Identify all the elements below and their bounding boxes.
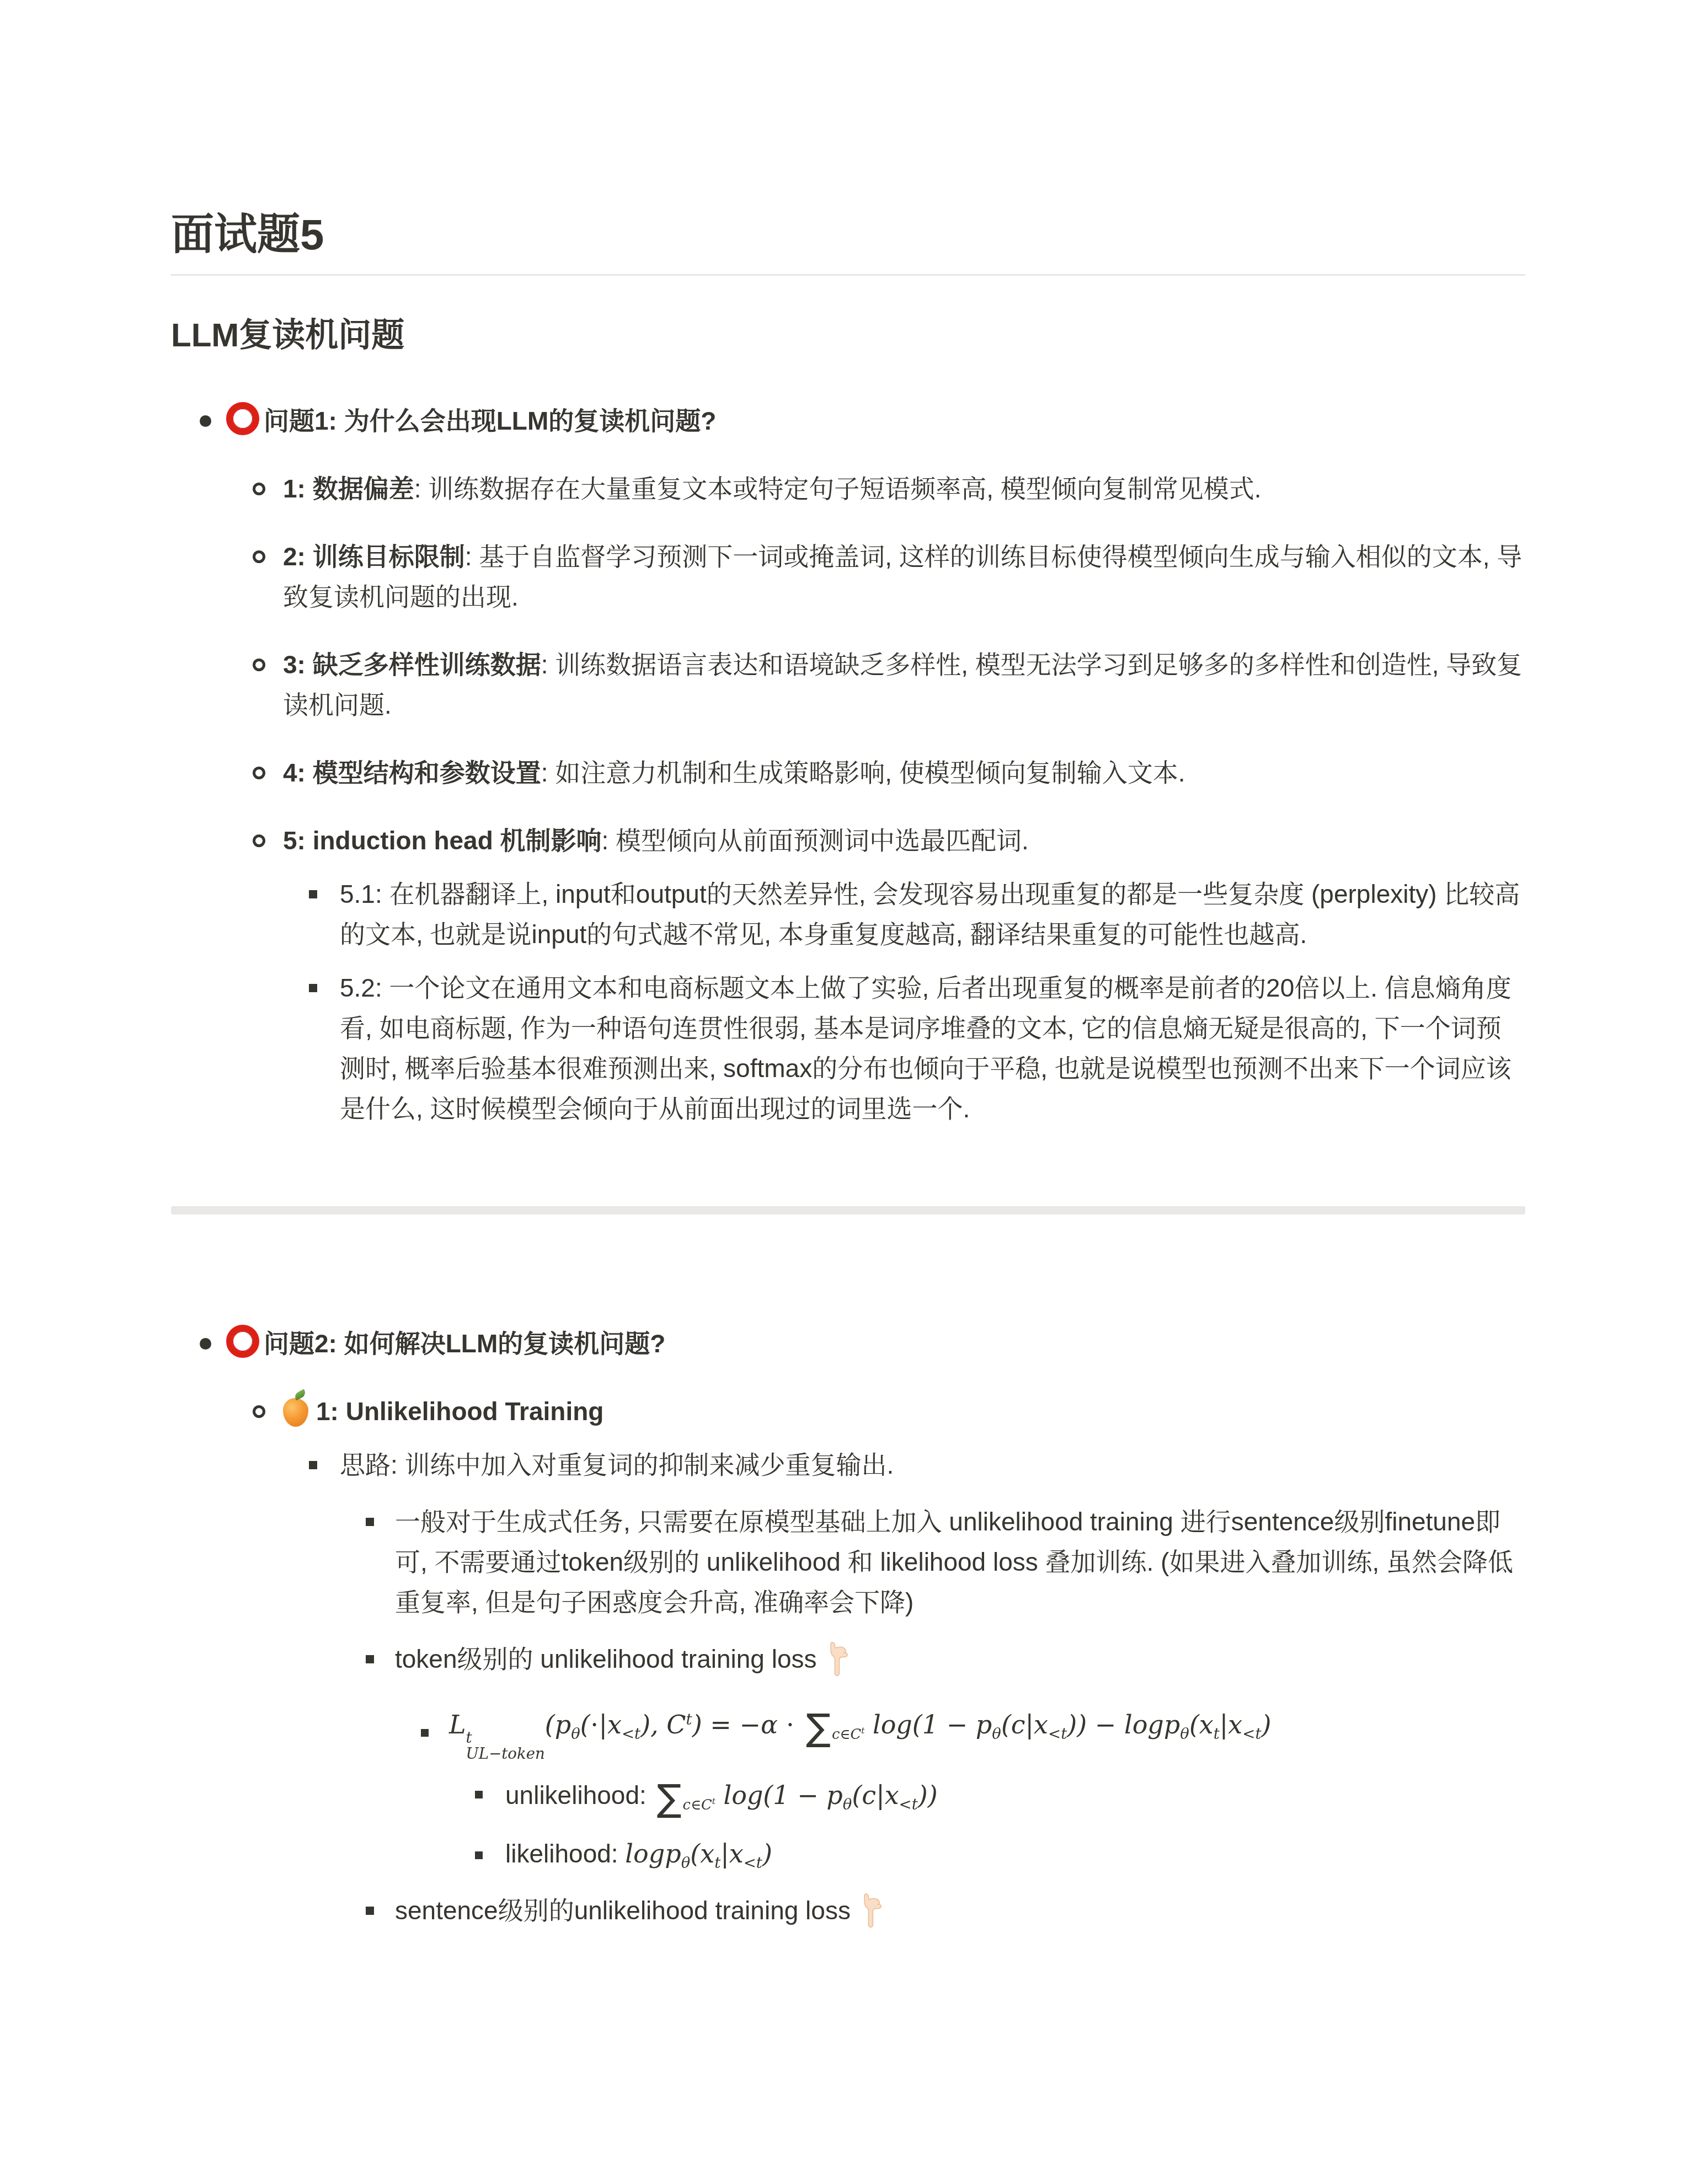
item-text: : 基于自监督学习预测下一词或掩盖词, 这样的训练目标使得模型倾向生成与输入相似… [283, 542, 1522, 611]
question1-list: 问题1: 为什么会出现LLM的复读机问题? 1: 数据偏差: 训练数据存在大量重… [171, 401, 1525, 1129]
list-item: 一般对于生成式任务, 只需要在原模型基础上加入 unlikelihood tra… [340, 1502, 1525, 1623]
formula-item: LtUL−token(pθ(⋅|x<t), Ct) = −α ⋅ ∑c∈Ct l… [395, 1703, 1525, 1874]
unlikelihood-item: unlikelihood: ∑c∈Ct log(1 − pθ(c|x<t)) [449, 1773, 1525, 1823]
unlikelihood-formula: ∑c∈Ct log(1 − pθ(c|x<t)) [654, 1773, 938, 1823]
page-content: 面试题5 LLM复读机问题 问题1: 为什么会出现LLM的复读机问题? 1: 数… [171, 208, 1525, 1940]
idea-sublist: 一般对于生成式任务, 只需要在原模型基础上加入 unlikelihood tra… [340, 1502, 1525, 1940]
method1-sublist: 思路: 训练中加入对重复词的抑制来减少重复输出. 一般对于生成式任务, 只需要在… [283, 1445, 1525, 1940]
item-text: sentence级别的unlikelihood training loss [395, 1896, 851, 1925]
item-text: : 如注意力机制和生成策略影响, 使模型倾向复制输入文本. [541, 758, 1185, 787]
list-item: 3: 缺乏多样性训练数据: 训练数据语言表达和语境缺乏多样性, 模型无法学习到足… [226, 645, 1525, 725]
item-bold-label: 5: induction head 机制影响 [283, 826, 602, 855]
question2-list: 问题2: 如何解决LLM的复读机问题? 1: Unlikelihood Trai… [171, 1324, 1525, 1940]
item-text: token级别的 unlikelihood training loss [395, 1645, 817, 1673]
section-title: LLM复读机问题 [171, 314, 1525, 356]
question2-item: 问题2: 如何解决LLM的复读机问题? 1: Unlikelihood Trai… [171, 1324, 1525, 1940]
method1-title: 1: Unlikelihood Training [316, 1397, 603, 1426]
document-page: 面试题5 LLM复读机问题 问题1: 为什么会出现LLM的复读机问题? 1: 数… [0, 0, 1688, 2184]
list-item: 1: 数据偏差: 训练数据存在大量重复文本或特定句子短语频率高, 模型倾向复制常… [226, 469, 1525, 509]
item-text: likelihood: [505, 1839, 625, 1868]
item5-sublist: 5.1: 在机器翻译上, input和output的天然差异性, 会发现容易出现… [283, 874, 1525, 1129]
item-bold-label: 2: 训练目标限制 [283, 542, 465, 571]
list-item: 2: 训练目标限制: 基于自监督学习预测下一词或掩盖词, 这样的训练目标使得模型… [226, 537, 1525, 617]
list-item: 4: 模型结构和参数设置: 如注意力机制和生成策略影响, 使模型倾向复制输入文本… [226, 753, 1525, 793]
likelihood-item: likelihood: logpθ(xt|x<t) [449, 1834, 1525, 1874]
question2-answers: 1: Unlikelihood Training 思路: 训练中加入对重复词的抑… [226, 1391, 1525, 1940]
item-text: 5.2: 一个论文在通用文本和电商标题文本上做了实验, 后者出现重复的概率是前者… [340, 973, 1511, 1123]
method1-item: 1: Unlikelihood Training 思路: 训练中加入对重复词的抑… [226, 1391, 1525, 1940]
item-text: : 训练数据存在大量重复文本或特定句子短语频率高, 模型倾向复制常见模式. [414, 474, 1262, 503]
item-bold-label: 4: 模型结构和参数设置 [283, 758, 541, 787]
item-text: 5.1: 在机器翻译上, input和output的天然差异性, 会发现容易出现… [340, 880, 1520, 949]
item-text: unlikelihood: [505, 1781, 654, 1810]
idea-item: 思路: 训练中加入对重复词的抑制来减少重复输出. 一般对于生成式任务, 只需要在… [283, 1445, 1525, 1940]
token-loss-sublist: LtUL−token(pθ(⋅|x<t), Ct) = −α ⋅ ∑c∈Ct l… [395, 1703, 1525, 1874]
list-item: 5.2: 一个论文在通用文本和电商标题文本上做了实验, 后者出现重复的概率是前者… [283, 968, 1525, 1129]
sentence-loss-item: sentence级别的unlikelihood training loss [340, 1891, 1525, 1940]
item-text: 一般对于生成式任务, 只需要在原模型基础上加入 unlikelihood tra… [395, 1507, 1513, 1616]
item-bold-label: 3: 缺乏多样性训练数据 [283, 650, 541, 679]
pointing-down-emoji [857, 1893, 886, 1940]
list-item: 5.1: 在机器翻译上, input和output的天然差异性, 会发现容易出现… [283, 874, 1525, 955]
likelihood-formula: logpθ(xt|x<t) [625, 1837, 772, 1873]
red-circle-emoji [226, 1325, 259, 1358]
section-divider [171, 1206, 1525, 1214]
item-text: 思路: 训练中加入对重复词的抑制来减少重复输出. [340, 1450, 894, 1479]
item-text: : 模型倾向从前面预测词中选最匹配词. [602, 826, 1029, 855]
red-circle-emoji [226, 402, 259, 435]
list-item: 5: induction head 机制影响: 模型倾向从前面预测词中选最匹配词… [226, 821, 1525, 1129]
token-loss-item: token级别的 unlikelihood training loss LtUL… [340, 1639, 1525, 1874]
page-title: 面试题5 [171, 208, 1525, 276]
question1-heading: 问题1: 为什么会出现LLM的复读机问题? [264, 406, 716, 435]
token-loss-formula: LtUL−token(pθ(⋅|x<t), Ct) = −α ⋅ ∑c∈Ct l… [449, 1703, 1271, 1762]
formula-parts: unlikelihood: ∑c∈Ct log(1 − pθ(c|x<t)) l… [449, 1773, 1525, 1874]
pointing-down-emoji [824, 1641, 852, 1688]
tangerine-emoji [283, 1398, 308, 1427]
question2-heading: 问题2: 如何解决LLM的复读机问题? [264, 1329, 665, 1358]
question1-item: 问题1: 为什么会出现LLM的复读机问题? 1: 数据偏差: 训练数据存在大量重… [171, 401, 1525, 1129]
item-bold-label: 1: 数据偏差 [283, 474, 414, 503]
question1-answers: 1: 数据偏差: 训练数据存在大量重复文本或特定句子短语频率高, 模型倾向复制常… [226, 469, 1525, 1129]
